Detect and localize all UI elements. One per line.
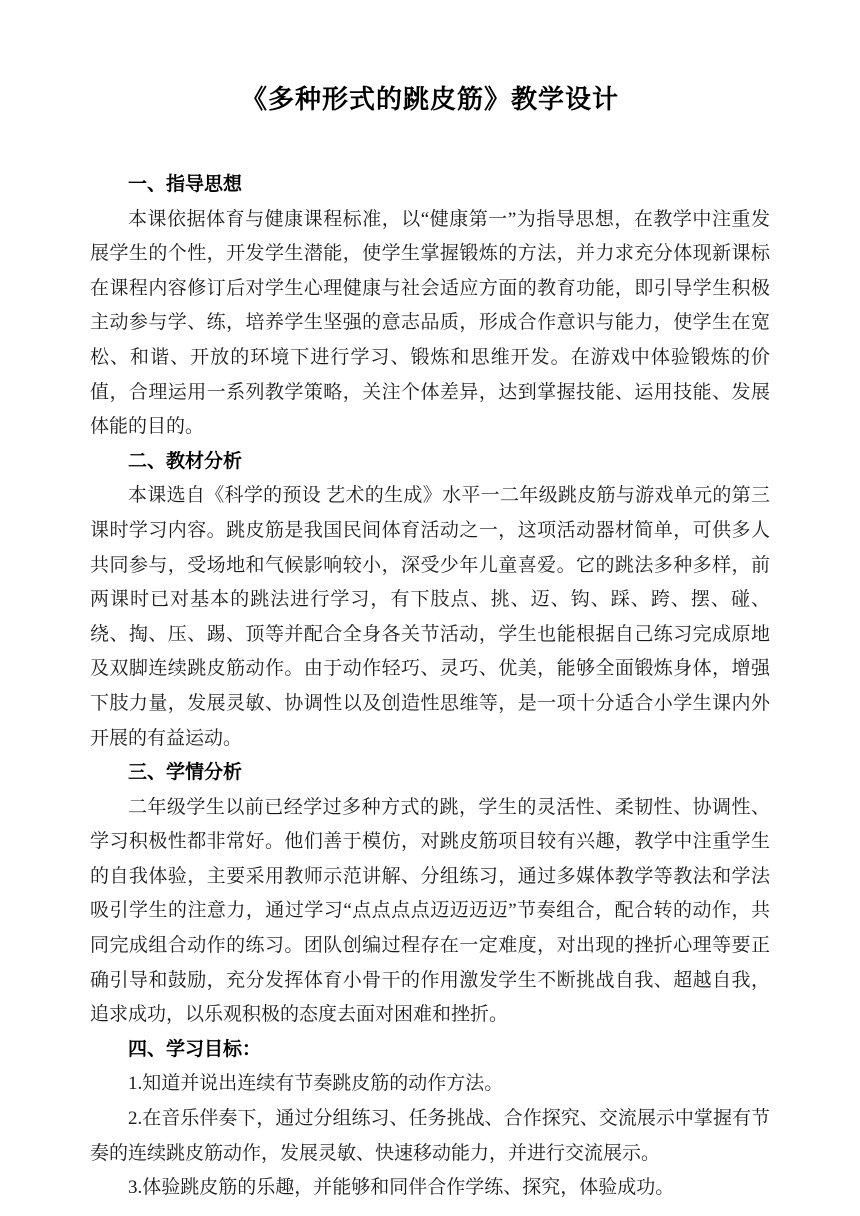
section-learner-analysis: 三、学情分析 二年级学生以前已经学过多种方式的跳，学生的灵活性、柔韧性、协调性、… — [90, 756, 770, 1033]
section-heading-guiding-ideology: 一、指导思想 — [90, 168, 770, 203]
section-learning-objectives: 四、学习目标： 1.知道并说出连续有节奏跳皮筋的动作方法。 2.在音乐伴奏下，通… — [90, 1033, 770, 1206]
objective-item-3: 3.体验跳皮筋的乐趣，并能够和同伴合作学练、探究，体验成功。 — [90, 1171, 770, 1206]
section-heading-learner-analysis: 三、学情分析 — [90, 756, 770, 791]
section-guiding-ideology: 一、指导思想 本课依据体育与健康课程标准，以“健康第一”为指导思想，在教学中注重… — [90, 168, 770, 445]
paragraph-guiding-ideology: 本课依据体育与健康课程标准，以“健康第一”为指导思想，在教学中注重发展学生的个性… — [90, 203, 770, 445]
document-page: 《多种形式的跳皮筋》教学设计 一、指导思想 本课依据体育与健康课程标准，以“健康… — [0, 0, 860, 1216]
objective-item-1: 1.知道并说出连续有节奏跳皮筋的动作方法。 — [90, 1067, 770, 1102]
section-heading-learning-objectives: 四、学习目标： — [90, 1033, 770, 1068]
paragraph-learner-analysis: 二年级学生以前已经学过多种方式的跳，学生的灵活性、柔韧性、协调性、学习积极性都非… — [90, 791, 770, 1033]
paragraph-teaching-material-analysis: 本课选自《科学的预设 艺术的生成》水平一二年级跳皮筋与游戏单元的第三课时学习内容… — [90, 479, 770, 756]
section-teaching-material-analysis: 二、教材分析 本课选自《科学的预设 艺术的生成》水平一二年级跳皮筋与游戏单元的第… — [90, 445, 770, 756]
objective-item-2: 2.在音乐伴奏下，通过分组练习、任务挑战、合作探究、交流展示中掌握有节奏的连续跳… — [90, 1102, 770, 1171]
section-heading-teaching-material-analysis: 二、教材分析 — [90, 445, 770, 480]
document-title: 《多种形式的跳皮筋》教学设计 — [90, 83, 770, 115]
